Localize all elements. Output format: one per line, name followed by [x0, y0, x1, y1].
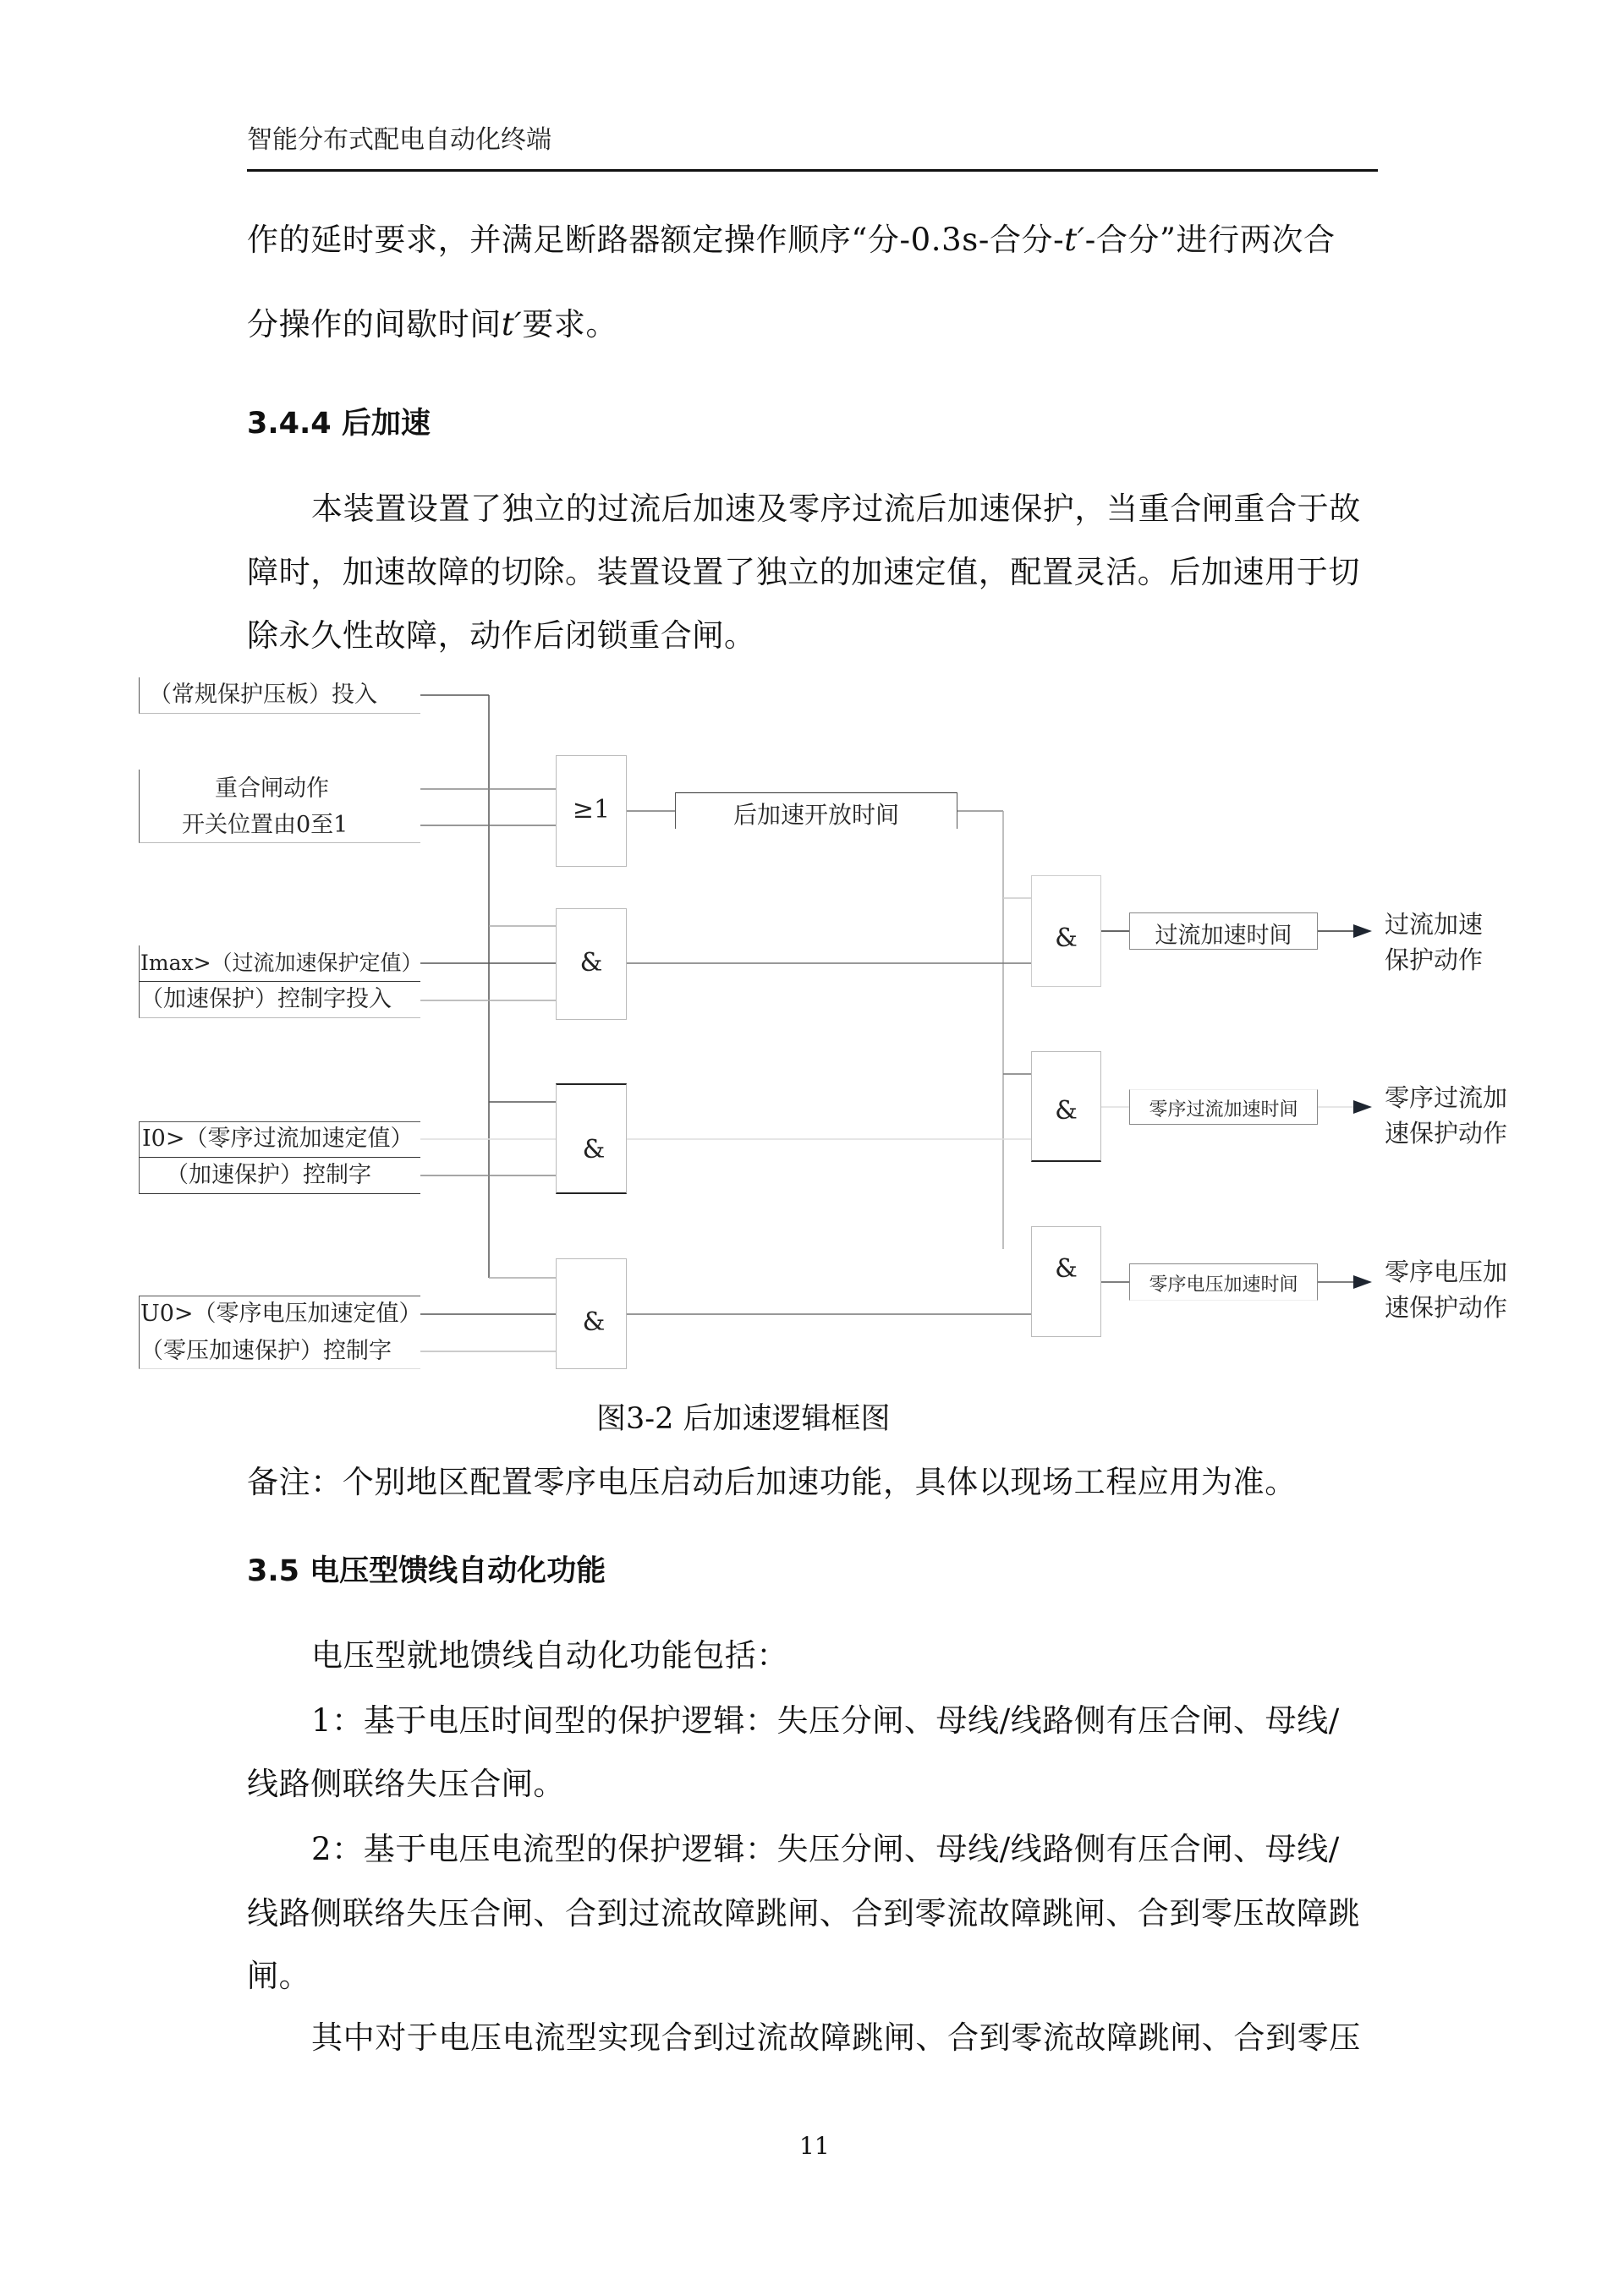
list-item-2-cont: 线路侧联络失压合闸、合到过流故障跳闸、合到零流故障跳闸、合到零压故障跳: [247, 1895, 1360, 1932]
running-header: 智能分布式配电自动化终端: [247, 118, 551, 156]
and-gate-symbol: &: [558, 1135, 629, 1164]
list-item-2: 2：基于电压电流型的保护逻辑：失压分闸、母线/线路侧有压合闸、母线/: [311, 1831, 1340, 1868]
output-overcurrent-line1: 过流加速: [1385, 905, 1483, 944]
timer-overcurrent-label: 过流加速时间: [1129, 917, 1318, 950]
paragraph-line: 障时，加速故障的切除。装置设置了独立的加速定值，配置灵活。后加速用于切: [247, 554, 1360, 591]
input-label-i0-setting: I0>（零序过流加速定值）: [142, 1126, 413, 1153]
paragraph-line: 本装置设置了独立的过流后加速及零序过流后加速保护，当重合闸重合于故: [311, 490, 1361, 528]
page-number: 11: [799, 2132, 830, 2161]
input-label-u0-setting: U0>（零序电压加速定值）: [140, 1301, 422, 1328]
intro-line-1: 作的延时要求，并满足断路器额定操作顺序“分-0.3s-合分-t′-合分”进行两次…: [247, 222, 1336, 259]
output-zero-seq-current-line2: 速保护动作: [1385, 1114, 1507, 1153]
input-label-imax-control: （加速保护）控制字投入: [140, 986, 392, 1013]
section-heading-3-5: 3.5 电压型馈线自动化功能: [247, 1553, 606, 1590]
intro-line-2-tail: 要求。: [522, 306, 617, 342]
output-zero-seq-voltage-line1: 零序电压加: [1385, 1252, 1507, 1291]
and-gate-symbol: &: [1031, 923, 1101, 953]
header-rule: [247, 169, 1378, 172]
or-gate-symbol: ≥1: [556, 795, 627, 825]
list-item-1: 1：基于电压时间型的保护逻辑：失压分闸、母线/线路侧有压合闸、母线/: [311, 1702, 1340, 1740]
list-item-2-end: 闸。: [247, 1958, 310, 1995]
output-zero-seq-voltage-line2: 速保护动作: [1385, 1288, 1507, 1327]
input-label-switch-position: 开关位置由0至1: [182, 812, 348, 839]
and-gate-symbol: &: [1031, 1254, 1101, 1284]
paragraph-line: 除永久性故障，动作后闭锁重合闸。: [247, 617, 756, 655]
and-gate-symbol: &: [556, 948, 627, 978]
output-overcurrent-line2: 保护动作: [1385, 940, 1483, 979]
input-label-imax-setting: Imax>（过流加速保护定值）: [140, 950, 423, 977]
note: 备注：个别地区配置零序电压启动后加速功能，具体以现场工程应用为准。: [247, 1464, 1297, 1501]
intro-line-2-text: 分操作的间歇时间: [247, 306, 502, 342]
intro-line-1-tail: -合分”进行两次合: [1085, 222, 1336, 258]
timer-zero-seq-current-label: 零序过流加速时间: [1129, 1095, 1318, 1121]
intro-line-1-text: 作的延时要求，并满足断路器额定操作顺序“分-0.3s-合分-: [247, 222, 1064, 258]
output-zero-seq-current-line1: 零序过流加: [1385, 1078, 1507, 1117]
input-label-i0-control: （加速保护）控制字: [166, 1162, 371, 1189]
timer-zero-seq-voltage-label: 零序电压加速时间: [1129, 1270, 1318, 1296]
arrow-heads: [1353, 924, 1372, 1289]
divider: [139, 981, 420, 982]
input-label-u0-control: （零压加速保护）控制字: [140, 1338, 392, 1365]
section-heading-3-4-4: 3.4.4 后加速: [247, 405, 431, 442]
t-prime-symbol: t′: [1064, 222, 1084, 258]
timer-open-time-label: 后加速开放时间: [675, 797, 957, 830]
intro-line-2: 分操作的间歇时间t′要求。: [247, 306, 617, 343]
figure-caption: 图3-2 后加速逻辑框图: [596, 1400, 891, 1438]
divider: [139, 1157, 420, 1158]
input-label-regular-protection: （常规保护压板）投入: [149, 682, 377, 709]
t-prime-symbol: t′: [502, 306, 522, 342]
and-gate-symbol: &: [558, 1307, 629, 1337]
list-item-1-cont: 线路侧联络失压合闸。: [247, 1766, 565, 1803]
and-gate-symbol: &: [1031, 1096, 1101, 1126]
paragraph-line: 其中对于电压电流型实现合到过流故障跳闸、合到零流故障跳闸、合到零压: [311, 2019, 1361, 2057]
paragraph-line: 电压型就地馈线自动化功能包括：: [311, 1637, 788, 1674]
input-label-reclose-action: 重合闸动作: [215, 775, 329, 803]
